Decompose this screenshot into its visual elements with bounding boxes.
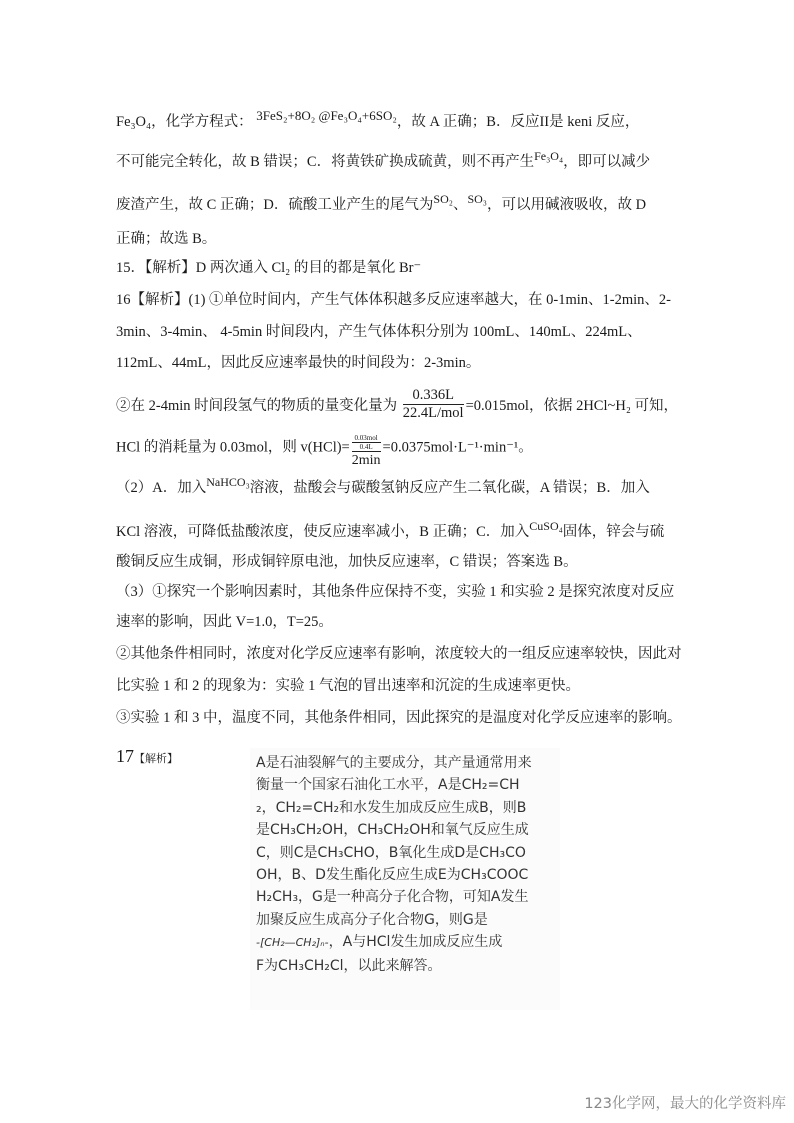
text-segment: 固体，锌会与硫 [563, 524, 665, 540]
inner-numerator: 0.03mol [352, 434, 381, 443]
answer-15: 15．【解析】D 两次通入 Cl₂ 的目的都是氧化 Br⁻ [116, 258, 421, 278]
footer-watermark: 123化学网，最大的化学资料库 [584, 1092, 786, 1113]
denominator: 22.4L/mol [403, 405, 464, 422]
analysis-line-polymer: -[CH₂—CH₂]ₙ-，A与HCl发生加成反应生成 [256, 931, 554, 954]
formula-nahco3: NaHCO₃ [206, 475, 250, 489]
text-line: 酸铜反应生成铜，形成铜锌原电池，加快反应速率，C 错误；答案选 B。 [116, 552, 578, 572]
question-17-analysis-image: A是石油裂解气的主要成分，其产量通常用来 衡量一个国家石油化工水平，A是CH₂=… [250, 748, 560, 1010]
fraction: 0.336L 22.4L/mol [403, 387, 464, 422]
denominator: 2min [352, 452, 381, 470]
text-line: 废渣产生，故 C 正确；D．硫酸工业产生的尾气为SO₂、SO₃，可以用碱液吸收，… [116, 195, 646, 215]
formula-fe3o4: Fe₃O₄ [534, 149, 563, 163]
text-segment: （2）A．加入 [116, 480, 206, 496]
text-line: 不可能完全转化，故 B 错误；C．将黄铁矿换成硫黄，则不再产生Fe₃O₄，即可以… [116, 152, 650, 172]
text-line: 正确；故选 B。 [116, 229, 216, 249]
compound-fraction: 0.03mol 0.4L 2min [352, 434, 381, 470]
text-line: 3min、3-4min、 4-5min 时间段内，产生气体体积分别为 100mL… [116, 322, 642, 342]
text-segment: KCl 溶液，可降低盐酸浓度，使反应速率减小，B 正确；C．加入 [116, 524, 529, 540]
analysis-line: F为CH₃CH₂Cl，以此来解答。 [256, 955, 554, 977]
chemical-equation: 3FeS₂+8O₂ @Fe₃O₄+6SO₂ [256, 108, 397, 123]
text-segment: ，即可以减少 [563, 154, 650, 170]
text-segment: Fe₃O₄，化学方程式： [116, 114, 253, 130]
text-line: ②其他条件相同时，浓度对化学反应速率有影响，浓度较大的一组反应速率较快，因此对 [116, 644, 682, 664]
text-line: HCl 的消耗量为 0.03mol，则 v(HCl)= 0.03mol 0.4L… [116, 430, 533, 466]
analysis-line: 是CH₃CH₂OH，CH₃CH₂OH和氧气反应生成 [256, 819, 554, 841]
text-segment: 不可能完全转化，故 B 错误；C．将黄铁矿换成硫黄，则不再产生 [116, 154, 534, 170]
text-line: Fe₃O₄，化学方程式： 3FeS₂+8O₂ @Fe₃O₄+6SO₂，故 A 正… [116, 112, 639, 132]
analysis-line: 加聚反应生成高分子化合物G，则G是 [256, 909, 554, 931]
inner-denominator: 0.4L [352, 443, 381, 451]
text-segment: =0.0375mol·L⁻¹·min⁻¹。 [383, 439, 533, 455]
answer-16-line: 16【解析】(1) ①单位时间内，产生气体体积越多反应速率越大，在 0-1min… [116, 290, 671, 310]
text-line: 速率的影响，因此 V=1.0，T=25。 [116, 612, 333, 632]
text-segment: 、 [453, 197, 468, 213]
polyethylene-structure: -[CH₂—CH₂]ₙ- [256, 936, 329, 949]
text-segment: ，A与HCl发生加成反应生成 [329, 934, 503, 950]
analysis-line: A是石油裂解气的主要成分，其产量通常用来 [256, 752, 554, 774]
formula-cuso4: CuSO₄ [529, 519, 563, 533]
text-line: KCl 溶液，可降低盐酸浓度，使反应速率减小，B 正确；C．加入CuSO₄固体，… [116, 522, 664, 542]
text-segment: =0.015mol，依据 2HCl~H₂ 可知， [466, 398, 678, 414]
text-line: （2）A．加入NaHCO₃溶液，盐酸会与碳酸氢钠反应产生二氧化碳，A 错误；B．… [116, 478, 650, 498]
text-segment: HCl 的消耗量为 0.03mol，则 v(HCl)= [116, 439, 350, 455]
text-segment: 废渣产生，故 C 正确；D．硫酸工业产生的尾气为 [116, 197, 433, 213]
analysis-line: OH，B、D发生酯化反应生成E为CH₃COOC [256, 864, 554, 886]
text-segment: ，故 A 正确；B．反应II是 keni 反应， [397, 114, 639, 130]
text-line: ②在 2-4min 时间段氢气的物质的量变化量为 0.336L 22.4L/mo… [116, 389, 678, 424]
text-segment: 溶液，盐酸会与碳酸氢钠反应产生二氧化碳，A 错误；B．加入 [250, 480, 650, 496]
analysis-line: H₂CH₃，G是一种高分子化合物，可知A发生 [256, 886, 554, 908]
text-segment: ，可以用碱液吸收，故 D [487, 197, 646, 213]
analysis-tag: 【解析】 [134, 752, 178, 765]
text-line: 112mL、44mL，因此反应速率最快的时间段为：2-3min。 [116, 353, 480, 373]
text-segment: ②在 2-4min 时间段氢气的物质的量变化量为 [116, 398, 397, 414]
analysis-line: ₂，CH₂=CH₂和水发生加成反应生成B，则B [256, 797, 554, 819]
question-17-label: 17【解析】 [116, 746, 178, 767]
analysis-line: 衡量一个国家石油化工水平，A是CH₂=CH [256, 774, 554, 796]
formula-so3: SO₃ [467, 192, 487, 206]
inner-fraction: 0.03mol 0.4L [352, 434, 381, 452]
question-number: 17 [116, 746, 134, 766]
text-line: 比实验 1 和 2 的现象为：实验 1 气泡的冒出速率和沉淀的生成速率更快。 [116, 676, 580, 696]
numerator: 0.336L [403, 387, 464, 405]
text-line: ③实验 1 和 3 中，温度不同，其他条件相同，因此探究的是温度对化学反应速率的… [116, 708, 682, 728]
text-line: （3）①探究一个影响因素时，其他条件应保持不变，实验 1 和实验 2 是探究浓度… [116, 582, 674, 602]
formula-so2: SO₂ [433, 192, 453, 206]
analysis-line: C，则C是CH₃CHO，B氧化生成D是CH₃CO [256, 842, 554, 864]
